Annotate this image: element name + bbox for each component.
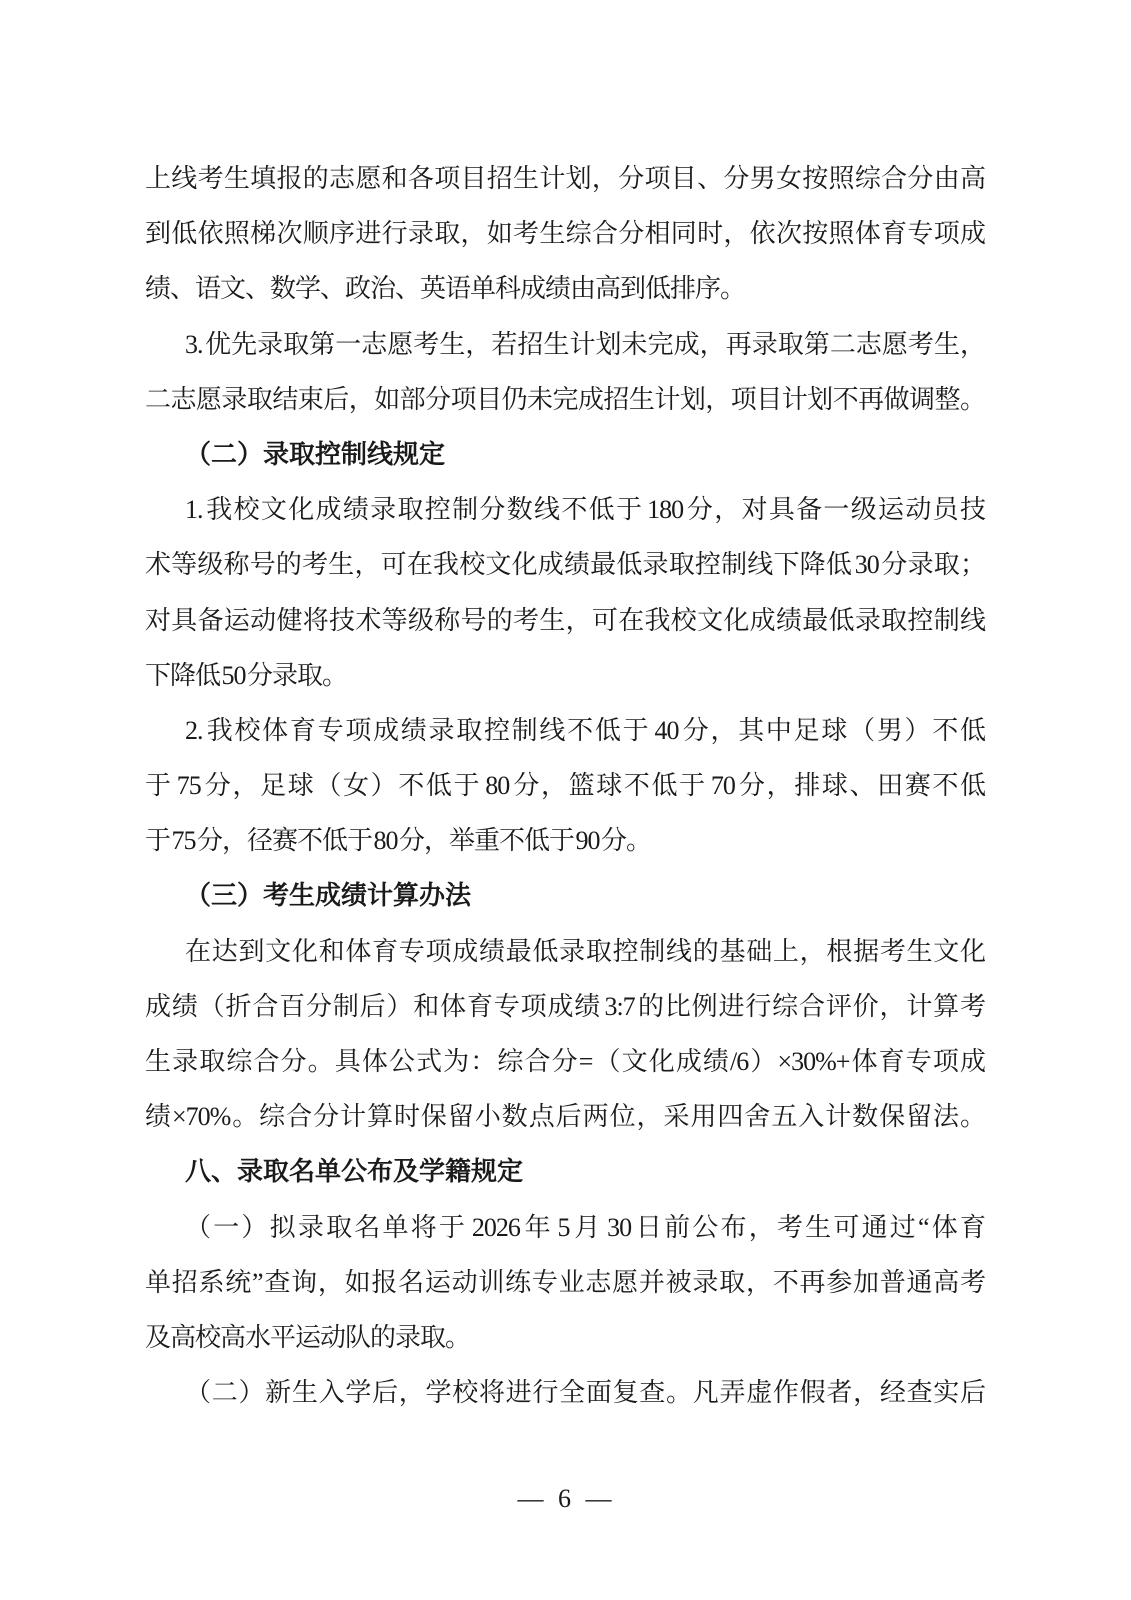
body-line: 2. 我校体育专项成绩录取控制线不低于 40 分，其中足球（男）不低 (145, 703, 985, 758)
body-line: 于 75 分，径赛不低于 80 分，举重不低于 90 分。 (145, 813, 985, 868)
section-heading-2: （二）录取控制线规定 (145, 427, 985, 482)
body-line: 对具备运动健将技术等级称号的考生，可在我校文化成绩最低录取控制线 (145, 593, 985, 648)
body-line: （二）新生入学后，学校将进行全面复查。凡弄虚作假者，经查实后 (145, 1365, 985, 1420)
document-page: 上线考生填报的志愿和各项目招生计划，分项目、分男女按照综合分由高 到低依照梯次顺… (0, 0, 1131, 1600)
document-body: 上线考生填报的志愿和各项目招生计划，分项目、分男女按照综合分由高 到低依照梯次顺… (145, 151, 985, 1514)
body-line: 单招系统”查询，如报名运动训练专业志愿并被录取，不再参加普通高考 (145, 1255, 985, 1310)
page-number: — 6 — (145, 1484, 985, 1514)
body-line: 到低依照梯次顺序进行录取，如考生综合分相同时，依次按照体育专项成 (145, 206, 985, 261)
body-line: 二志愿录取结束后，如部分项目仍未完成招生计划，项目计划不再做调整。 (145, 372, 985, 427)
body-line: 在达到文化和体育专项成绩最低录取控制线的基础上，根据考生文化 (145, 924, 985, 979)
body-line: 成绩（折合百分制后）和体育专项成绩 3:7 的比例进行综合评价，计算考 (145, 979, 985, 1034)
body-line: 及高校高水平运动队的录取。 (145, 1310, 985, 1365)
section-heading-3: （三）考生成绩计算办法 (145, 868, 985, 923)
body-line: 3. 优先录取第一志愿考生，若招生计划未完成，再录取第二志愿考生， (145, 317, 985, 372)
body-line: 上线考生填报的志愿和各项目招生计划，分项目、分男女按照综合分由高 (145, 151, 985, 206)
body-line: 下降低 50 分录取。 (145, 648, 985, 703)
body-line: 于 75 分，足球（女）不低于 80 分，篮球不低于 70 分，排球、田赛不低 (145, 758, 985, 813)
section-heading-8: 八、录取名单公布及学籍规定 (145, 1144, 985, 1199)
body-line: 绩×70%。综合分计算时保留小数点后两位，采用四舍五入计数保留法。 (145, 1089, 985, 1144)
body-line: 术等级称号的考生，可在我校文化成绩最低录取控制线下降低 30 分录取； (145, 537, 985, 592)
body-line: （一）拟录取名单将于 2026 年 5 月 30 日前公布，考生可通过“体育 (145, 1200, 985, 1255)
body-line: 绩、语文、数学、政治、英语单科成绩由高到低排序。 (145, 261, 985, 316)
body-line: 生录取综合分。具体公式为：综合分=（文化成绩/6）×30%+体育专项成 (145, 1034, 985, 1089)
body-line: 1. 我校文化成绩录取控制分数线不低于 180 分，对具备一级运动员技 (145, 482, 985, 537)
